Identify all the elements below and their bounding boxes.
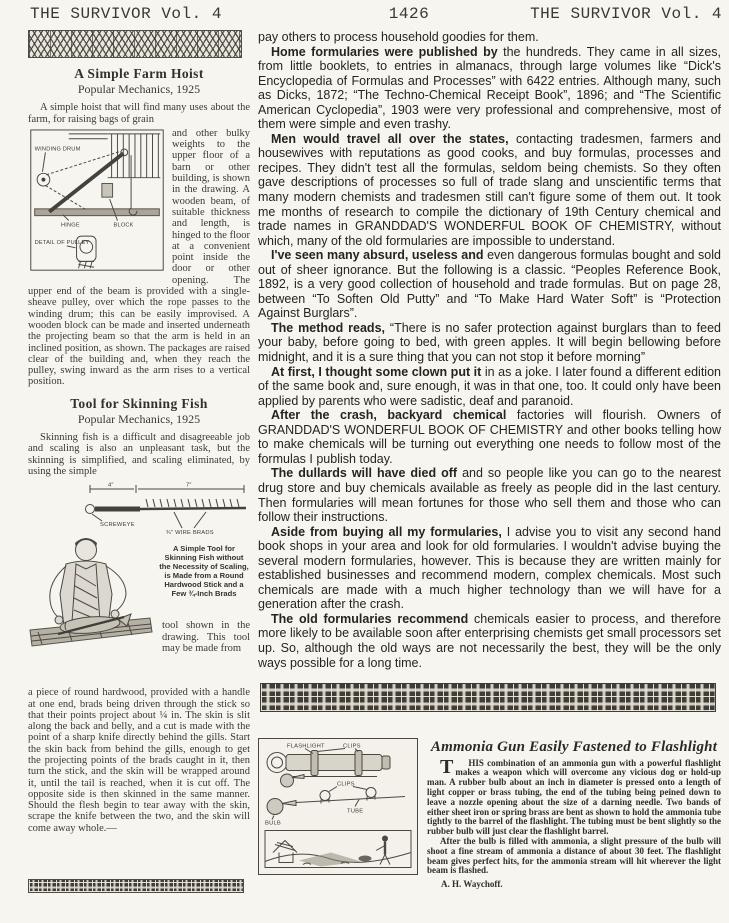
paragraph: I've seen many absurd, useless and even …: [258, 248, 721, 321]
stick-tool-illustration: 4″ 7″ SCREWEYE ¾″ WIRE BRAD: [82, 480, 250, 538]
paragraph-lead: Home formularies were published by: [271, 45, 498, 59]
paragraph: After the crash, backyard chemical facto…: [258, 408, 721, 466]
label-dim-4in: 4″: [108, 483, 114, 489]
label-bulb: BULB: [265, 821, 281, 827]
header-title-right: THE SURVIVOR Vol. 4: [487, 5, 722, 23]
ammonia-article-title: Ammonia Gun Easily Fastened to Flashligh…: [427, 740, 721, 755]
ammonia-byline: A. H. Waychoff.: [441, 877, 721, 892]
paragraph-lead: I've seen many absurd, useless and: [271, 248, 484, 262]
paragraph-lead: The old formularies recommend: [271, 612, 468, 626]
paragraph: The old formularies recommend chemicals …: [258, 612, 721, 670]
lead-in-line: pay others to process household goodies …: [258, 30, 721, 45]
label-block: BLOCK: [114, 222, 134, 228]
label-clips-mid: CLIPS: [337, 782, 355, 788]
label-wire-brads: ¾″ WIRE BRADS: [166, 530, 214, 536]
scanned-book-page: THE SURVIVOR Vol. 4 1426 THE SURVIVOR Vo…: [0, 0, 729, 923]
paragraph: At first, I thought some clown put it in…: [258, 365, 721, 409]
ornament-border-star: [260, 683, 716, 712]
paragraph-lead: At first, I thought some clown put it: [271, 365, 481, 379]
ammonia-paragraph-1: THIS combination of an ammonia gun with …: [427, 759, 721, 837]
figure-caption: A Simple Tool for Skinning Fish without …: [158, 544, 250, 598]
running-header: THE SURVIVOR Vol. 4 1426 THE SURVIVOR Vo…: [30, 5, 722, 23]
paragraph-lead: The dullards will have died off: [271, 466, 457, 480]
label-detail-of-pulley: DETAIL OF PULLEY: [35, 240, 90, 246]
label-screweye: SCREWEYE: [100, 522, 135, 528]
label-hinge: HINGE: [61, 222, 80, 228]
paragraph-lead: After the crash, backyard chemical: [271, 408, 506, 422]
paragraph-lead: Aside from buying all my formularies,: [271, 525, 502, 539]
ornament-border-leaf: [28, 30, 242, 58]
skinning-fish-intro: Skinning fish is a difficult and disagre…: [28, 432, 250, 477]
left-column: A Simple Farm Hoist Popular Mechanics, 1…: [28, 30, 250, 923]
label-dim-7in: 7″: [186, 483, 192, 489]
ammonia-article-text: Ammonia Gun Easily Fastened to Flashligh…: [427, 738, 721, 892]
flashlight-figure: FLASHLIGHT CLIPS BULB CLIPS: [258, 738, 418, 875]
ornament-border-small: [28, 879, 244, 893]
skinning-fish-figure: 4″ 7″ SCREWEYE ¾″ WIRE BRAD: [28, 480, 250, 684]
article-source: Popular Mechanics, 1925: [28, 414, 250, 425]
header-title-left: THE SURVIVOR Vol. 4: [30, 5, 265, 23]
farm-hoist-illustration: WINDING DRUM HINGE BLOCK DETAIL OF PULLE…: [28, 129, 166, 277]
paragraph-text: contacting tradesmen, farmers and housew…: [258, 132, 721, 248]
ammonia-gun-article: FLASHLIGHT CLIPS BULB CLIPS: [258, 738, 721, 892]
article-title-farm-hoist: A Simple Farm Hoist: [28, 66, 250, 81]
article-source: Popular Mechanics, 1925: [28, 84, 250, 95]
paragraph: The method reads, “There is no safer pro…: [258, 321, 721, 365]
label-clips-top: CLIPS: [343, 744, 361, 750]
paragraph: Aside from buying all my formularies, I …: [258, 525, 721, 612]
skinning-fish-wrap-text: tool shown in the drawing. This tool may…: [162, 620, 250, 654]
man-skinning-fish-illustration: [28, 534, 153, 679]
drop-cap: T: [427, 759, 453, 776]
skinning-fish-body: a piece of round hardwood, provided with…: [28, 687, 250, 834]
article-title-skinning-fish: Tool for Skinning Fish: [28, 396, 250, 411]
flashlight-illustration: FLASHLIGHT CLIPS BULB CLIPS: [259, 739, 417, 874]
farm-hoist-intro: A simple hoist that will find many uses …: [28, 102, 250, 125]
paragraph-lead: The method reads,: [271, 321, 385, 335]
label-winding-drum: WINDING DRUM: [35, 146, 81, 152]
ammonia-paragraph-1-text: HIS combination of an ammonia gun with a…: [427, 758, 721, 837]
paragraph-lead: Men would travel all over the states,: [271, 132, 509, 146]
paragraph: Home formularies were published by the h…: [258, 45, 721, 132]
label-tube: TUBE: [347, 809, 363, 815]
ammonia-paragraph-2: After the bulb is filled with ammonia, a…: [427, 837, 721, 876]
right-column: pay others to process household goodies …: [258, 30, 721, 892]
page-number: 1426: [265, 5, 487, 23]
paragraph: The dullards will have died off and so p…: [258, 466, 721, 524]
farm-hoist-body-paragraph: WINDING DRUM HINGE BLOCK DETAIL OF PULLE…: [28, 128, 250, 388]
paragraph: Men would travel all over the states, co…: [258, 132, 721, 248]
